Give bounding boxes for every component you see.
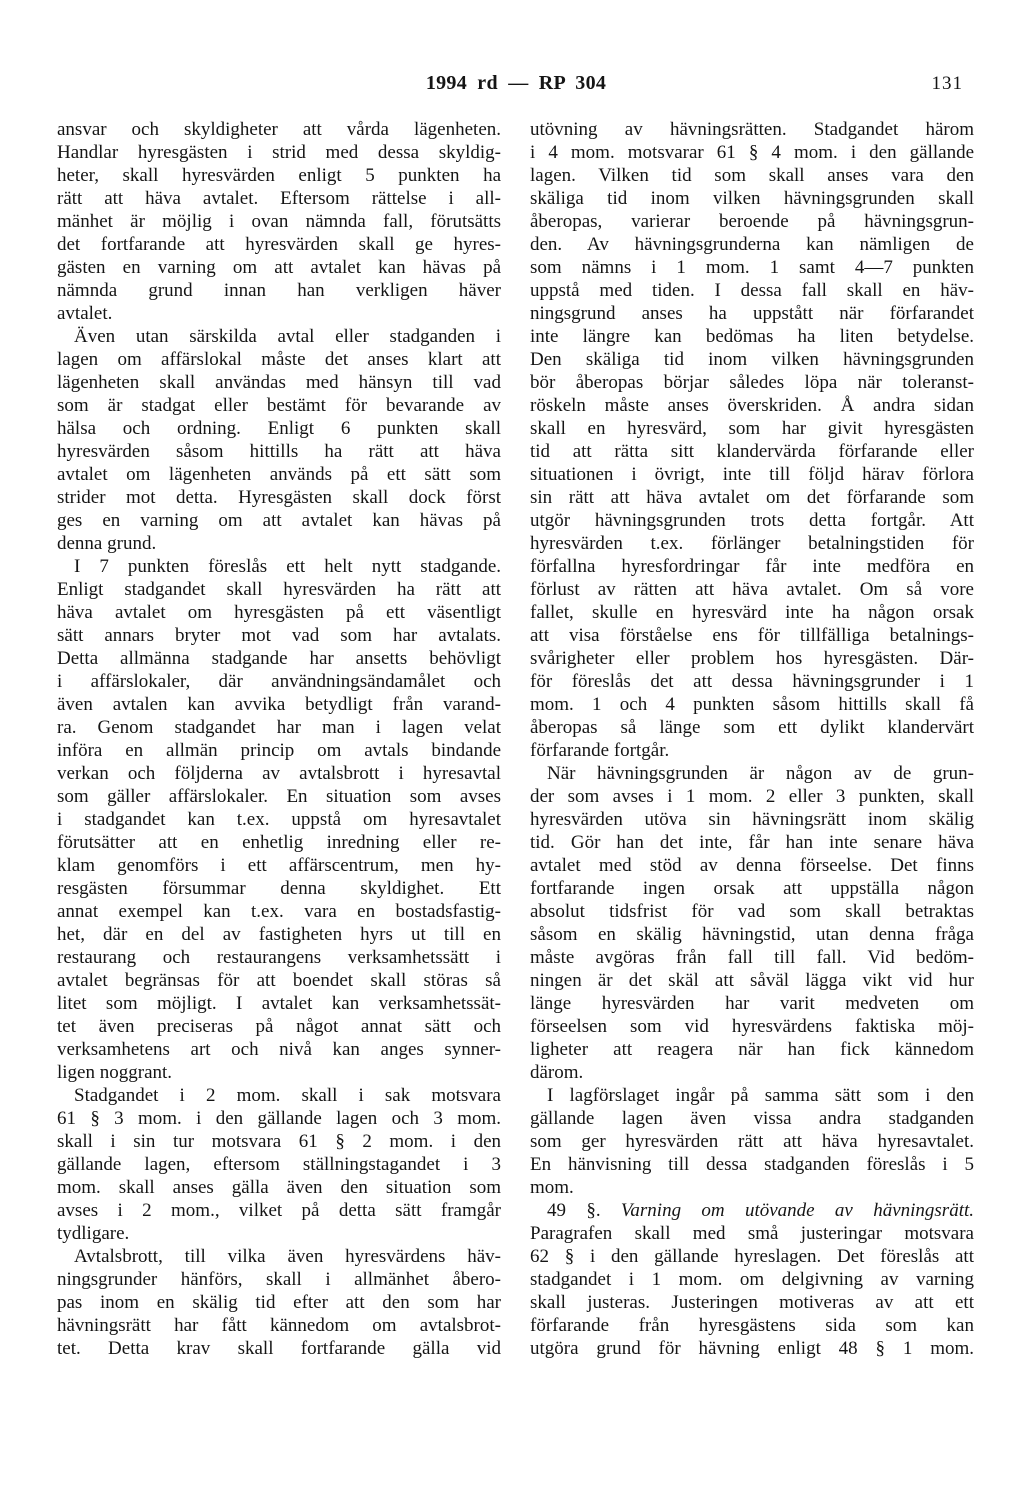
text-line: utgöra grund för hävning enligt 48 § 1 m… xyxy=(530,1337,974,1360)
paragraph: I lagförslaget ingår på samma sätt som i… xyxy=(530,1084,974,1199)
text-line: att visa förståelse ens för tillfälliga … xyxy=(530,624,974,647)
text-line: tydligare. xyxy=(57,1222,501,1245)
paragraph: Även utan särskilda avtal eller stadgand… xyxy=(57,325,501,555)
text-line: inte längre kan bedömas ha liten betydel… xyxy=(530,325,974,348)
text-line: förfarande fortgår. xyxy=(530,739,974,762)
text-line: införa en allmän princip om avtals binda… xyxy=(57,739,501,762)
text-line: som gäller affärslokaler. En situation s… xyxy=(57,785,501,808)
text-line: därom. xyxy=(530,1061,974,1084)
text-line: strider mot detta. Hyresgästen skall doc… xyxy=(57,486,501,509)
text-line: för föreslås det att dessa hävningsgrund… xyxy=(530,670,974,693)
text-line: skäliga tid inom vilken hävningsgrunden … xyxy=(530,187,974,210)
text-line: åberopas, varierar beroende på hävningsg… xyxy=(530,210,974,233)
text-line: gällande lagen, eftersom ställningstagan… xyxy=(57,1153,501,1176)
text-line: klam genomförs i ett affärscentrum, men … xyxy=(57,854,501,877)
text-line: hyresvärden utöva sin hävningsrätt inom … xyxy=(530,808,974,831)
text-line: Enligt stadgandet skall hyresvärden ha r… xyxy=(57,578,501,601)
text-line: ligheter att reagera när han fick känned… xyxy=(530,1038,974,1061)
text-line: åberopas så länge som ett dylikt klander… xyxy=(530,716,974,739)
italic-text-run: Varning om utövande av hävningsrätt. xyxy=(621,1200,974,1221)
paragraph: Avtalsbrott, till vilka även hyresvärden… xyxy=(57,1245,501,1360)
text-line: hävningsrätt har fått kännedom om avtals… xyxy=(57,1314,501,1337)
text-line: tid att rätta sitt klandervärda förfaran… xyxy=(530,440,974,463)
text-line: mom. xyxy=(530,1176,974,1199)
text-line: uppstå med tiden. I dessa fall skall en … xyxy=(530,279,974,302)
text-line: rätt att häva avtalet. Eftersom rättelse… xyxy=(57,187,501,210)
text-line: En hänvisning till dessa stadganden före… xyxy=(530,1153,974,1176)
text-line: lägenheten skall användas med hänsyn til… xyxy=(57,371,501,394)
text-line: ges en varning om att avtalet kan hävas … xyxy=(57,509,501,532)
text-line: resgästen försummar denna skyldighet. Et… xyxy=(57,877,501,900)
text-line: måste avgöras från fall till fall. Vid b… xyxy=(530,946,974,969)
text-line: avtalet med stöd av denna förseelse. Det… xyxy=(530,854,974,877)
right-column: utövning av hävningsrätten. Stadgandet h… xyxy=(530,118,974,1360)
text-line: annat exempel kan t.ex. vara en bostadsf… xyxy=(57,900,501,923)
text-line: hyresvärden såsom hittills ha rätt att h… xyxy=(57,440,501,463)
text-line: I 7 punkten föreslås ett helt nytt stadg… xyxy=(57,555,501,578)
text-line: sätt annars bryter mot vad som har avtal… xyxy=(57,624,501,647)
left-column: ansvar och skyldigheter att vårda lägenh… xyxy=(57,118,501,1360)
text-line: het, där en del av fastigheten hyrs ut t… xyxy=(57,923,501,946)
text-line: lagen om affärslokal måste det anses kla… xyxy=(57,348,501,371)
text-line: 61 § 3 mom. i den gällande lagen och 3 m… xyxy=(57,1107,501,1130)
text-line: förutsätter att en enhetlig inredning el… xyxy=(57,831,501,854)
text-line: förlust av rätten att häva avtalet. Om s… xyxy=(530,578,974,601)
text-line: i stadgandet kan t.ex. uppstå om hyresav… xyxy=(57,808,501,831)
text-line: gästen en varning om att avtalet kan häv… xyxy=(57,256,501,279)
text-line: förfarande från hyresgästens sida som ka… xyxy=(530,1314,974,1337)
text-line: mom. 1 och 4 punkten såsom hittills skal… xyxy=(530,693,974,716)
text-line: verkan och följderna av avtalsbrott i hy… xyxy=(57,762,501,785)
text-line: tid. Gör han det inte, får han inte sena… xyxy=(530,831,974,854)
text-line: ningen är det skäl att såväl lägga vikt … xyxy=(530,969,974,992)
document-title: 1994 rd — RP 304 xyxy=(57,72,975,95)
text-line: ra. Genom stadgandet har man i lagen vel… xyxy=(57,716,501,739)
text-line: som ger hyresvärden rätt att häva hyresa… xyxy=(530,1130,974,1153)
text-line: pas inom en skälig tid efter att den som… xyxy=(57,1291,501,1314)
text-line: avses i 2 mom., vilket på detta sätt fra… xyxy=(57,1199,501,1222)
text-line: som nämns i 1 mom. 1 samt 4—7 punkten xyxy=(530,256,974,279)
text-line: litet som möjligt. I avtalet kan verksam… xyxy=(57,992,501,1015)
text-line: Avtalsbrott, till vilka även hyresvärden… xyxy=(57,1245,501,1268)
text-line: skall justeras. Justeringen motiveras av… xyxy=(530,1291,974,1314)
text-line: röskeln måste anses överskriden. Å andra… xyxy=(530,394,974,417)
text-line: 49 §. Varning om utövande av hävningsrät… xyxy=(530,1199,974,1222)
text-line: avtalet om lägenheten används på ett sät… xyxy=(57,463,501,486)
paragraph: Stadgandet i 2 mom. skall i sak motsvara… xyxy=(57,1084,501,1245)
text-line: det fortfarande att hyresvärden skall ge… xyxy=(57,233,501,256)
text-line: bör åberopas börjar således löpa när tol… xyxy=(530,371,974,394)
text-line: heter, skall hyresvärden enligt 5 punkte… xyxy=(57,164,501,187)
text-line: 62 § i den gällande hyreslagen. Det före… xyxy=(530,1245,974,1268)
text-line: ansvar och skyldigheter att vårda lägenh… xyxy=(57,118,501,141)
paragraph: utövning av hävningsrätten. Stadgandet h… xyxy=(530,118,974,762)
text-line: hälsa och ordning. Enligt 6 punkten skal… xyxy=(57,417,501,440)
paragraph: 49 §. Varning om utövande av hävningsrät… xyxy=(530,1199,974,1360)
text-line: även avtalen kan avvika betydligt från v… xyxy=(57,693,501,716)
text-line: såsom en skälig hävningstid, utan denna … xyxy=(530,923,974,946)
paragraph: När hävningsgrunden är någon av de grun-… xyxy=(530,762,974,1084)
text-line: gällande lagen även vissa andra stadgand… xyxy=(530,1107,974,1130)
page-header: 1994 rd — RP 304 131 xyxy=(57,72,975,98)
text-line: i 4 mom. motsvarar 61 § 4 mom. i den gäl… xyxy=(530,141,974,164)
text-line: stadgandet i 1 mom. om delgivning av var… xyxy=(530,1268,974,1291)
text-line: utgör hävningsgrunden trots detta fortgå… xyxy=(530,509,974,532)
text-line: När hävningsgrunden är någon av de grun- xyxy=(530,762,974,785)
text-line: fortfarande ingen orsak att uppställa nå… xyxy=(530,877,974,900)
text-line: ningsgrunder hänförs, skall i allmänhet … xyxy=(57,1268,501,1291)
text-line: restaurang och restaurangens verksamhets… xyxy=(57,946,501,969)
text-run: 49 §. xyxy=(547,1200,621,1221)
text-line: fallet, skulle en hyresvärd inte ha någo… xyxy=(530,601,974,624)
text-line: skall i sin tur motsvara 61 § 2 mom. i d… xyxy=(57,1130,501,1153)
text-line: svårigheter eller problem hos hyresgäste… xyxy=(530,647,974,670)
text-line: ningsgrund anses ha uppstått när förfara… xyxy=(530,302,974,325)
text-line: förseelsen som vid hyresvärdens faktiska… xyxy=(530,1015,974,1038)
text-line: tet. Detta krav skall fortfarande gälla … xyxy=(57,1337,501,1360)
text-line: ligen noggrant. xyxy=(57,1061,501,1084)
text-line: lagen. Vilken tid som skall anses vara d… xyxy=(530,164,974,187)
text-line: situationen i övrigt, inte till följd hä… xyxy=(530,463,974,486)
text-line: den. Av hävningsgrunderna kan nämligen d… xyxy=(530,233,974,256)
text-line: I lagförslaget ingår på samma sätt som i… xyxy=(530,1084,974,1107)
text-line: häva avtalet om hyresgästen på ett väsen… xyxy=(57,601,501,624)
text-line: skall en hyresvärd, som har givit hyresg… xyxy=(530,417,974,440)
document-page: 1994 rd — RP 304 131 ansvar och skyldigh… xyxy=(0,0,1024,1493)
text-line: mänhet är möjlig i ovan nämnda fall, för… xyxy=(57,210,501,233)
text-line: Handlar hyresgästen i strid med dessa sk… xyxy=(57,141,501,164)
text-line: avtalet begränsas för att boendet skall … xyxy=(57,969,501,992)
text-line: Detta allmänna stadgande har ansetts beh… xyxy=(57,647,501,670)
text-line: verksamhetens art och nivå kan anges syn… xyxy=(57,1038,501,1061)
text-line: förfallna hyresfordringar får inte medfö… xyxy=(530,555,974,578)
paragraph: ansvar och skyldigheter att vårda lägenh… xyxy=(57,118,501,325)
text-line: Den skäliga tid inom vilken hävningsgrun… xyxy=(530,348,974,371)
text-line: mom. skall anses gälla även den situatio… xyxy=(57,1176,501,1199)
text-line: i affärslokaler, där användningsändamåle… xyxy=(57,670,501,693)
text-line: avtalet. xyxy=(57,302,501,325)
text-line: absolut tidsfrist för vad som skall betr… xyxy=(530,900,974,923)
paragraph: I 7 punkten föreslås ett helt nytt stadg… xyxy=(57,555,501,1084)
text-line: nämnda grund innan han verkligen häver xyxy=(57,279,501,302)
text-line: hyresvärden t.ex. förlänger betalningsti… xyxy=(530,532,974,555)
text-line: denna grund. xyxy=(57,532,501,555)
page-number: 131 xyxy=(932,73,964,95)
text-line: utövning av hävningsrätten. Stadgandet h… xyxy=(530,118,974,141)
text-line: som är stadgat eller bestämt för bevaran… xyxy=(57,394,501,417)
text-line: tet även preciseras på något annat sätt … xyxy=(57,1015,501,1038)
text-line: Paragrafen skall med små justeringar mot… xyxy=(530,1222,974,1245)
text-line: länge hyresvärden har varit medveten om xyxy=(530,992,974,1015)
text-line: Även utan särskilda avtal eller stadgand… xyxy=(57,325,501,348)
text-columns: ansvar och skyldigheter att vårda lägenh… xyxy=(57,118,975,1360)
text-line: sin rätt att häva avtalet om det förfara… xyxy=(530,486,974,509)
text-line: Stadgandet i 2 mom. skall i sak motsvara xyxy=(57,1084,501,1107)
text-line: der som avses i 1 mom. 2 eller 3 punkten… xyxy=(530,785,974,808)
